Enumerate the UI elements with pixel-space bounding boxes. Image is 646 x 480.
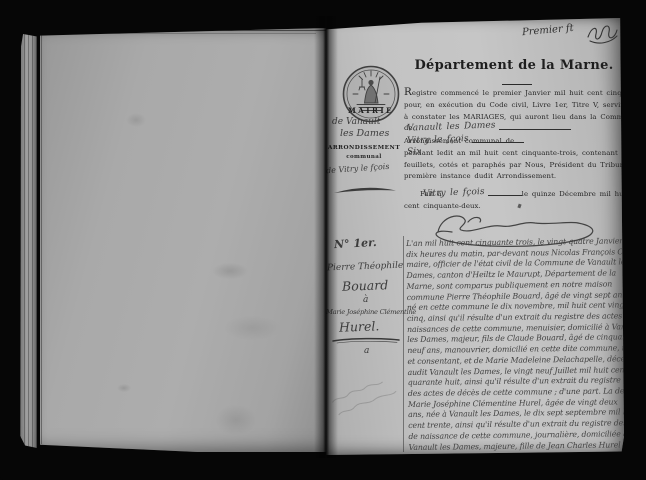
act-number: N° 1er. [334, 236, 377, 251]
arrondissement-sub-label: communal [326, 154, 402, 160]
groom-surname-margin: Bouard [342, 277, 389, 294]
department-title: Département de la Marne. [404, 58, 624, 73]
mairie-label: MAIRIE [336, 106, 406, 115]
folio-paraph-icon [584, 22, 620, 46]
folio-note: Premier ft [522, 23, 574, 38]
register-line-5: Arrondissement communal deVitry le fçois [404, 137, 626, 145]
act-line: de naissance de cette commune, journaliè… [408, 429, 627, 441]
commune-name-handwritten: Vanault les Dames [407, 121, 496, 132]
swash-rule-icon [332, 184, 398, 196]
margin-underline-flourish [331, 337, 401, 344]
fill-rule [488, 190, 522, 196]
left-blank-page [40, 28, 326, 452]
book-fore-edge [20, 34, 37, 448]
register-line-8: première instance dudit Arrondissement. [404, 172, 626, 180]
arrondissement-handwritten: de Vitry le fçois [326, 162, 390, 175]
paper-stains [40, 28, 326, 452]
pencil-inscription-icon [326, 372, 407, 432]
fait-line: Fait àVitry le fçois le quinze Décembre … [420, 190, 642, 198]
act-line: cinq, ainsi qu'il résulte d'un extrait d… [407, 311, 634, 323]
mairie-commune-handwritten: les Dames [340, 128, 389, 139]
feuillet-count-handwritten: Six [407, 148, 422, 156]
register-line-3: à constater les MARIAGES, qui auront lie… [404, 113, 626, 121]
place-handwritten: Vitry le fçois [423, 188, 485, 198]
act-line: Marne, sont comparus publiquement en not… [407, 279, 613, 291]
act-line: ans, née à Vanault les Dames, le dix sep… [408, 407, 638, 419]
register-line-2: pour, en exécution du Code civil, Livre … [404, 101, 626, 109]
act-line: cent trente, ainsi qu'il résulte d'un ex… [408, 418, 646, 430]
printed-text: pendant ledit an mil huit cent cinquante… [404, 149, 618, 157]
act-line: neuf ans, manouvrier, domicilié en cette… [407, 343, 646, 355]
act-line: quarante huit, ainsi qu'il résulte d'un … [408, 375, 621, 387]
margin-letter-a: a [364, 346, 369, 356]
mairie-commune-handwritten: de Vanault [332, 117, 380, 127]
act-line: et consentant, et de Marie Madeleine Del… [407, 354, 638, 366]
act-line: Dames, canton d'Heiltz le Maurupt, Dépar… [406, 268, 616, 280]
bride-firstnames-margin: Marie Joséphine Clémentine [326, 308, 416, 316]
register-line-6: pendant ledit an mil huit cent cinquante… [404, 149, 626, 157]
right-register-page: Premier ft Département de la Marne. MAIR… [326, 18, 624, 455]
act-line: L'an mil huit cent cinquante trois, le v… [406, 236, 631, 248]
act-line: né en cette commune le dix novembre, mil… [407, 300, 627, 312]
margin-conjunction: à [363, 295, 368, 305]
register-line-1: Registre commencé le premier Janvier mil… [404, 88, 626, 97]
title-rule [502, 84, 532, 85]
fill-rule [499, 124, 571, 130]
fill-rule [472, 137, 524, 143]
groom-firstnames-margin: Pierre Théophile [327, 261, 404, 274]
act-line: maire, officier de l'état civil de la Co… [406, 257, 629, 269]
register-line-4: deVanault les Dames [404, 124, 626, 132]
act-body-text: L'an mil huit cent cinquante trois, le v… [406, 236, 627, 457]
mairie-seal-icon [341, 63, 401, 125]
act-line: les Dames, majeur, fils de Claude Bouard… [407, 332, 634, 344]
arrondissement-label: ARRONDISSEMENT [326, 145, 402, 151]
act-line: des actes de décès de cette commune ; d'… [408, 386, 646, 398]
printed-text: le quinze Décembre mil huit [522, 190, 629, 198]
scanned-register-photo: Premier ft Département de la Marne. MAIR… [0, 0, 646, 480]
register-line-7: feuillets, cotés et paraphés par Nous, P… [404, 161, 626, 169]
act-line: Vanault les Dames, majeure, fille de Jea… [408, 440, 620, 452]
arrondissement-handwritten: Vitry le fçois [407, 135, 469, 145]
bride-surname-margin: Hurel. [339, 318, 380, 334]
